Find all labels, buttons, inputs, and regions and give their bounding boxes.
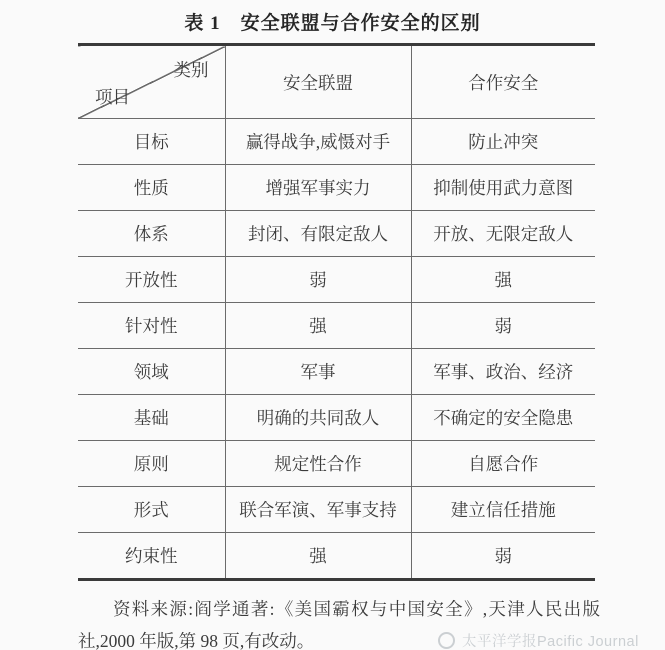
row-label: 目标: [78, 119, 225, 165]
cooperative-cell: 防止冲突: [411, 119, 595, 165]
journal-watermark: 太平洋学报Pacific Journal: [438, 630, 639, 650]
cooperative-cell: 建立信任措施: [411, 487, 595, 533]
cooperative-cell: 抑制使用武力意图: [411, 165, 595, 211]
table-title: 表 1 安全联盟与合作安全的区别: [0, 8, 665, 35]
cooperative-cell: 弱: [411, 533, 595, 580]
column-header-alliance: 安全联盟: [225, 45, 411, 119]
corner-cell: 类别 项目: [78, 45, 225, 119]
journal-watermark-label: 太平洋学报Pacific Journal: [462, 630, 639, 650]
cooperative-cell: 开放、无限定敌人: [411, 211, 595, 257]
alliance-cell: 军事: [225, 349, 411, 395]
alliance-cell: 规定性合作: [225, 441, 411, 487]
alliance-cell: 强: [225, 303, 411, 349]
row-label: 领域: [78, 349, 225, 395]
cooperative-cell: 弱: [411, 303, 595, 349]
row-label: 约束性: [78, 533, 225, 580]
row-label: 形式: [78, 487, 225, 533]
corner-category-label: 类别: [174, 57, 209, 82]
alliance-cell: 强: [225, 533, 411, 580]
row-label: 开放性: [78, 257, 225, 303]
cooperative-cell: 强: [411, 257, 595, 303]
alliance-cell: 封闭、有限定敌人: [225, 211, 411, 257]
row-label: 基础: [78, 395, 225, 441]
row-label: 体系: [78, 211, 225, 257]
alliance-cell: 联合军演、军事支持: [225, 487, 411, 533]
table-row: 开放性 弱 强: [78, 257, 595, 303]
row-label: 性质: [78, 165, 225, 211]
row-label: 针对性: [78, 303, 225, 349]
table-row: 基础 明确的共同敌人 不确定的安全隐患: [78, 395, 595, 441]
cooperative-cell: 军事、政治、经济: [411, 349, 595, 395]
alliance-cell: 增强军事实力: [225, 165, 411, 211]
table-header: 类别 项目 安全联盟 合作安全: [78, 45, 595, 119]
table-body: 目标 赢得战争,威慑对手 防止冲突 性质 增强军事实力 抑制使用武力意图 体系 …: [78, 119, 595, 580]
alliance-cell: 赢得战争,威慑对手: [225, 119, 411, 165]
cooperative-cell: 自愿合作: [411, 441, 595, 487]
table-row: 针对性 强 弱: [78, 303, 595, 349]
header-row: 类别 项目 安全联盟 合作安全: [78, 45, 595, 119]
table-row: 原则 规定性合作 自愿合作: [78, 441, 595, 487]
table-row: 目标 赢得战争,威慑对手 防止冲突: [78, 119, 595, 165]
row-label: 原则: [78, 441, 225, 487]
corner-item-label: 项目: [95, 84, 130, 109]
table-row: 领域 军事 军事、政治、经济: [78, 349, 595, 395]
comparison-table: 类别 项目 安全联盟 合作安全 目标 赢得战争,威慑对手 防止冲突 性质 增强军…: [78, 43, 595, 581]
alliance-cell: 弱: [225, 257, 411, 303]
column-header-cooperative: 合作安全: [411, 45, 595, 119]
cooperative-cell: 不确定的安全隐患: [411, 395, 595, 441]
alliance-cell: 明确的共同敌人: [225, 395, 411, 441]
scanned-paper-page: { "title": "表 1 安全联盟与合作安全的区别", "table": …: [0, 0, 665, 650]
table-row: 形式 联合军演、军事支持 建立信任措施: [78, 487, 595, 533]
table-row: 约束性 强 弱: [78, 533, 595, 580]
journal-logo-icon: [438, 632, 455, 649]
table-row: 体系 封闭、有限定敌人 开放、无限定敌人: [78, 211, 595, 257]
table-row: 性质 增强军事实力 抑制使用武力意图: [78, 165, 595, 211]
